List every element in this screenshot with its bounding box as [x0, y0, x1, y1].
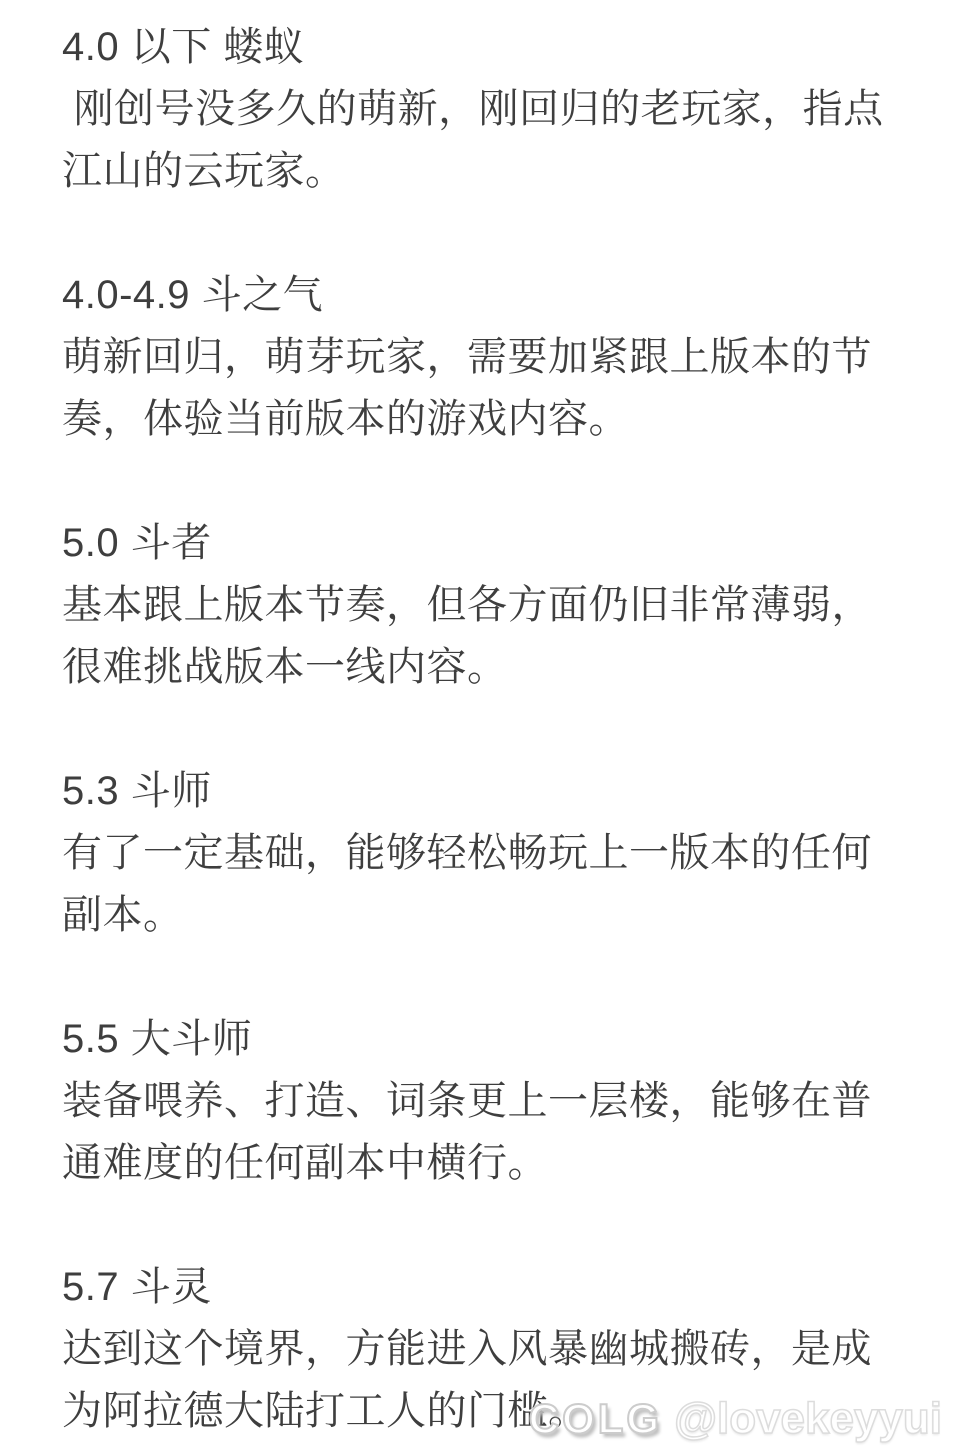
tier-section: 4.0 以下 蝼蚁 刚创号没多久的萌新，刚回归的老玩家，指点江山的云玩家。 — [62, 16, 892, 202]
colg-logo: COLG — [529, 1395, 662, 1443]
watermark-handle: @lovekeyyui — [674, 1394, 942, 1444]
tier-heading: 4.0 以下 蝼蚁 — [62, 16, 892, 78]
tier-section: 5.5 大斗师 装备喂养、打造、词条更上一层楼，能够在普通难度的任何副本中横行。 — [62, 1008, 892, 1194]
tier-section: 5.3 斗师 有了一定基础，能够轻松畅玩上一版本的任何副本。 — [62, 760, 892, 946]
tier-description: 基本跟上版本节奏，但各方面仍旧非常薄弱，很难挑战版本一线内容。 — [62, 574, 892, 698]
tier-description: 装备喂养、打造、词条更上一层楼，能够在普通难度的任何副本中横行。 — [62, 1070, 892, 1194]
tier-heading: 4.0-4.9 斗之气 — [62, 264, 892, 326]
tier-description: 萌新回归，萌芽玩家，需要加紧跟上版本的节奏，体验当前版本的游戏内容。 — [62, 326, 892, 450]
tier-section: 4.0-4.9 斗之气 萌新回归，萌芽玩家，需要加紧跟上版本的节奏，体验当前版本… — [62, 264, 892, 450]
tier-heading: 5.3 斗师 — [62, 760, 892, 822]
tier-section: 5.0 斗者 基本跟上版本节奏，但各方面仍旧非常薄弱，很难挑战版本一线内容。 — [62, 512, 892, 698]
tier-list-document: 4.0 以下 蝼蚁 刚创号没多久的萌新，刚回归的老玩家，指点江山的云玩家。 4.… — [0, 0, 960, 1442]
page: { "page": { "background_color": "#ffffff… — [0, 0, 960, 1448]
watermark: COLG @lovekeyyui — [529, 1394, 942, 1444]
tier-description: 有了一定基础，能够轻松畅玩上一版本的任何副本。 — [62, 822, 892, 946]
tier-heading: 5.7 斗灵 — [62, 1256, 892, 1318]
tier-heading: 5.0 斗者 — [62, 512, 892, 574]
tier-heading: 5.5 大斗师 — [62, 1008, 892, 1070]
tier-description: 刚创号没多久的萌新，刚回归的老玩家，指点江山的云玩家。 — [62, 78, 892, 202]
